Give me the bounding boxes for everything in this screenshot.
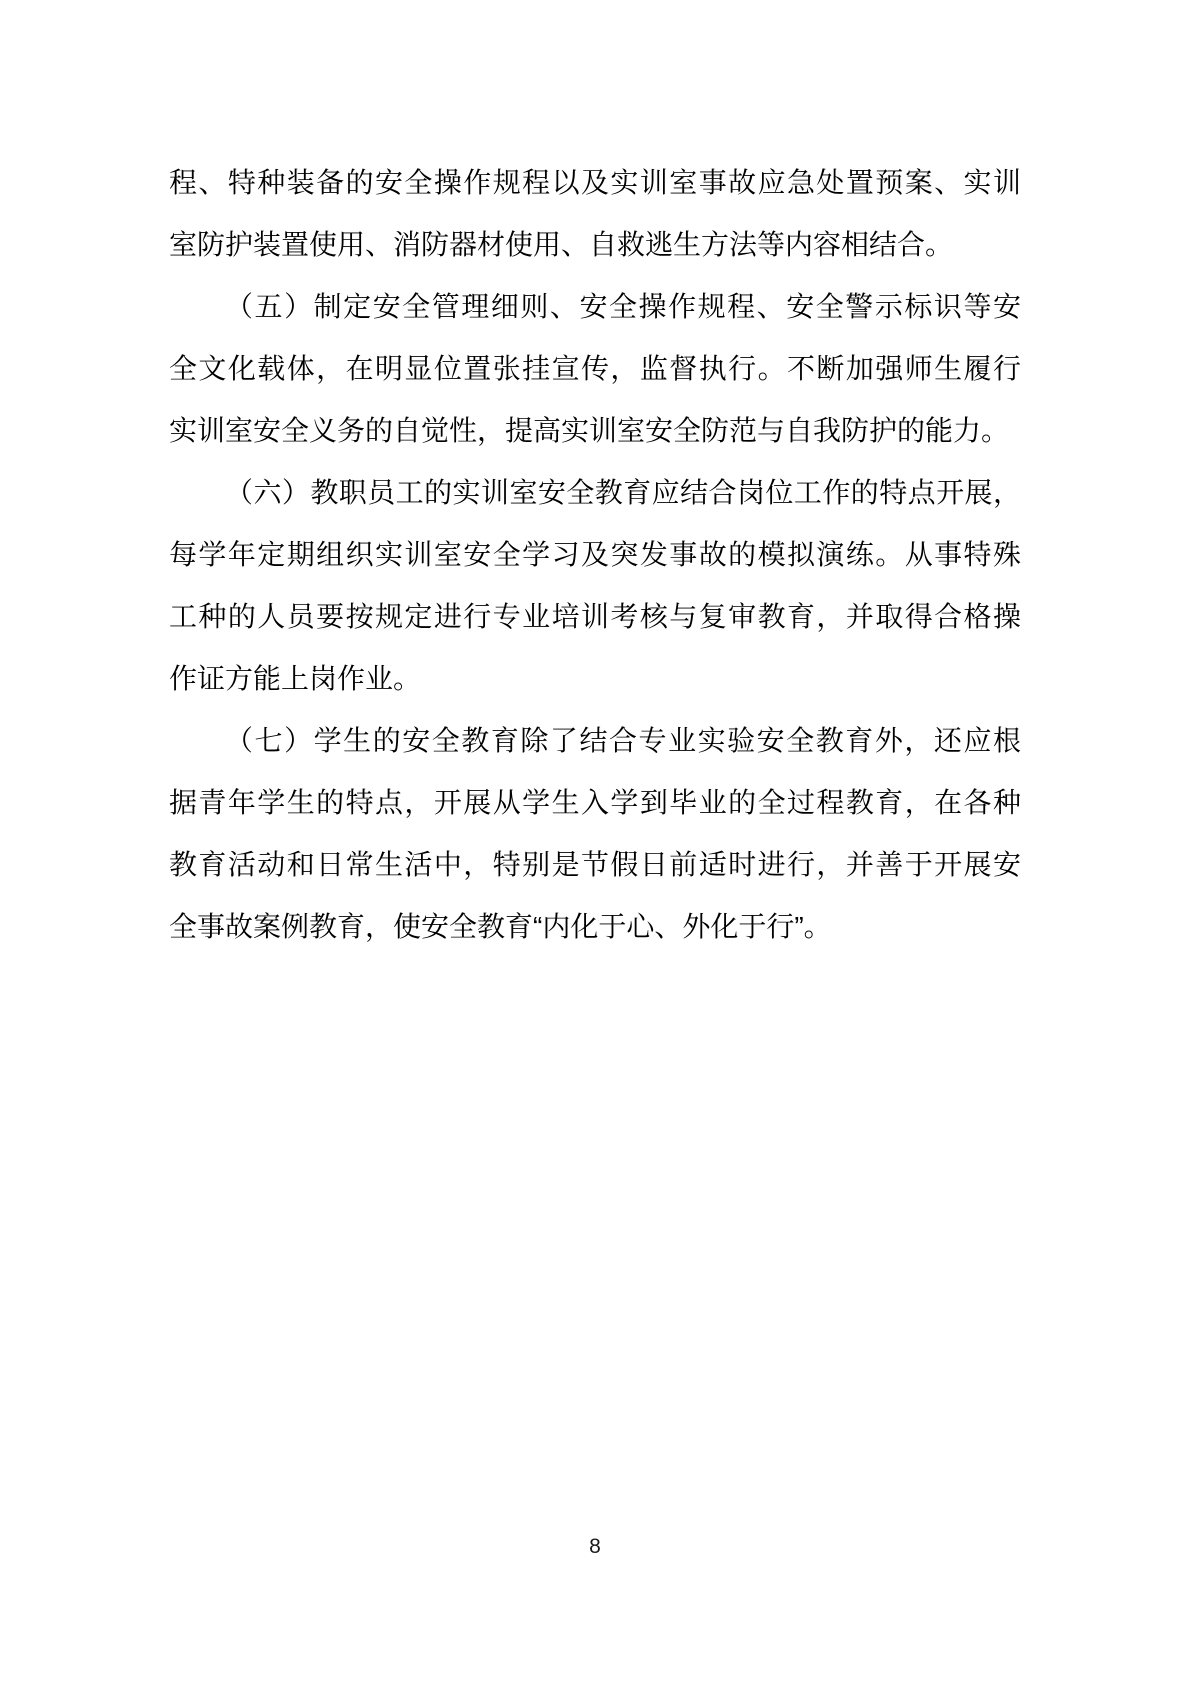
text-line: 实训室安全义务的自觉性，提高实训室安全防范与自我防护的能力。 xyxy=(169,400,1021,462)
text-line: （五）制定安全管理细则、安全操作规程、安全警示标识等安 xyxy=(169,276,1021,338)
text-line: 据青年学生的特点，开展从学生入学到毕业的全过程教育，在各种 xyxy=(169,772,1021,834)
text-line: 教育活动和日常生活中，特别是节假日前适时进行，并善于开展安 xyxy=(169,834,1021,896)
text-line: 室防护装置使用、消防器材使用、自救逃生方法等内容相结合。 xyxy=(169,214,1021,276)
paragraph-item-5: （五）制定安全管理细则、安全操作规程、安全警示标识等安 全文化载体，在明显位置张… xyxy=(169,276,1021,462)
text-line: （七）学生的安全教育除了结合专业实验安全教育外，还应根 xyxy=(169,710,1021,772)
document-page: 程、特种装备的安全操作规程以及实训室事故应急处置预案、实训 室防护装置使用、消防… xyxy=(0,0,1190,1683)
page-number: 8 xyxy=(0,1531,1190,1563)
document-body-text: 程、特种装备的安全操作规程以及实训室事故应急处置预案、实训 室防护装置使用、消防… xyxy=(169,152,1021,958)
text-line: 程、特种装备的安全操作规程以及实训室事故应急处置预案、实训 xyxy=(169,152,1021,214)
paragraph-item-6: （六）教职员工的实训室安全教育应结合岗位工作的特点开展， 每学年定期组织实训室安… xyxy=(169,462,1021,710)
text-line: 工种的人员要按规定进行专业培训考核与复审教育，并取得合格操 xyxy=(169,586,1021,648)
paragraph-item-7: （七）学生的安全教育除了结合专业实验安全教育外，还应根 据青年学生的特点，开展从… xyxy=(169,710,1021,958)
paragraph-continuation: 程、特种装备的安全操作规程以及实训室事故应急处置预案、实训 室防护装置使用、消防… xyxy=(169,152,1021,276)
text-line: 每学年定期组织实训室安全学习及突发事故的模拟演练。从事特殊 xyxy=(169,524,1021,586)
text-line: 全事故案例教育，使安全教育“内化于心、外化于行”。 xyxy=(169,896,1021,958)
text-line: 全文化载体，在明显位置张挂宣传，监督执行。不断加强师生履行 xyxy=(169,338,1021,400)
text-line: （六）教职员工的实训室安全教育应结合岗位工作的特点开展， xyxy=(169,462,1021,524)
text-line: 作证方能上岗作业。 xyxy=(169,648,1021,710)
